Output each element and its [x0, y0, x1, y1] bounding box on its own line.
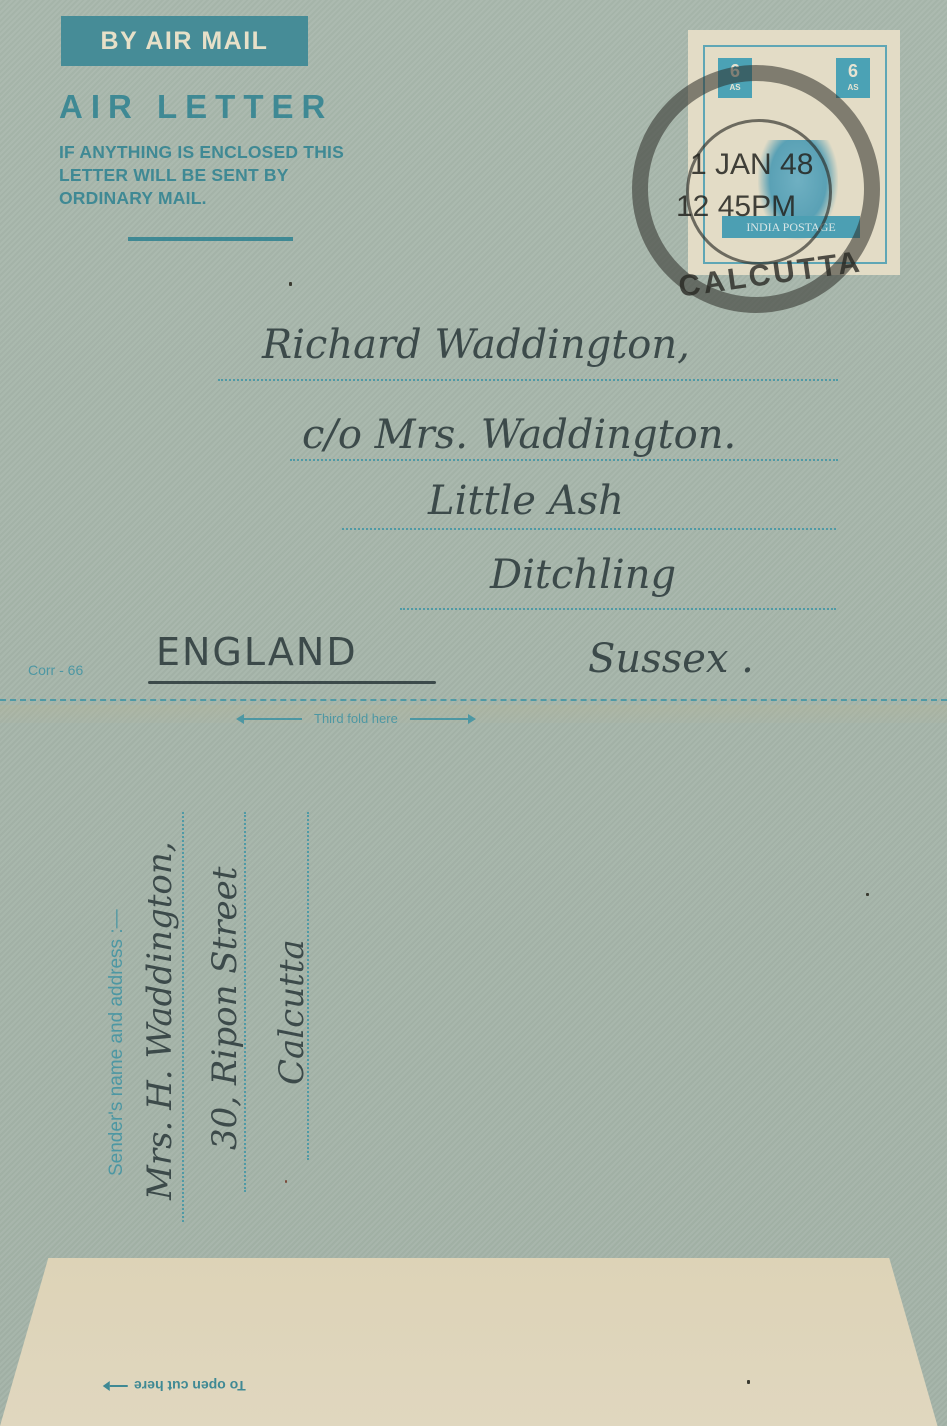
sender-line-name: Mrs. H. Waddington,	[140, 841, 180, 1200]
arrow-right-icon	[410, 718, 468, 720]
country-underline	[148, 681, 436, 684]
address-guide-line	[400, 608, 836, 610]
open-cut-instruction: To open cut here	[110, 1378, 246, 1394]
address-country: ENGLAND	[156, 630, 358, 674]
sender-guide-line	[307, 812, 309, 1160]
stamp-value-right: 6 AS	[836, 58, 870, 98]
postmark-time: 12 45PM	[676, 190, 796, 224]
third-fold-instruction: Third fold here	[244, 711, 468, 726]
sender-line-street: 30, Ripon Street	[205, 867, 245, 1150]
air-letter-title: AIR LETTER	[59, 88, 333, 126]
address-line-county: Sussex .	[588, 636, 754, 682]
address-guide-line	[342, 528, 836, 530]
stamp-value-right-number: 6	[848, 61, 858, 81]
form-code: Corr - 66	[28, 662, 83, 678]
sender-guide-line	[182, 812, 184, 1222]
ink-speck	[747, 1380, 750, 1384]
third-fold-label: Third fold here	[314, 711, 398, 726]
stamp-value-right-unit: AS	[836, 84, 870, 92]
address-guide-line	[218, 379, 838, 381]
address-line-town: Ditchling	[490, 552, 676, 598]
ink-speck	[866, 893, 869, 896]
arrow-left-icon	[244, 718, 302, 720]
open-cut-label: To open cut here	[134, 1378, 246, 1394]
postmark-date: 1 JAN 48	[690, 148, 813, 182]
ink-speck	[289, 282, 292, 286]
fold-line	[0, 699, 947, 701]
notice-divider	[128, 237, 293, 241]
sender-guide-line	[244, 812, 246, 1192]
address-guide-line	[290, 459, 838, 461]
sender-label: Sender's name and address :—	[106, 909, 128, 1176]
address-line-name: Richard Waddington,	[262, 322, 690, 368]
sender-line-city: Calcutta	[272, 939, 312, 1085]
address-line-house: Little Ash	[428, 478, 624, 524]
ink-speck	[285, 1180, 287, 1183]
sealing-flap[interactable]	[0, 1258, 947, 1426]
address-line-care-of: c/o Mrs. Waddington.	[302, 412, 736, 458]
by-air-mail-label: BY AIR MAIL	[61, 16, 308, 66]
enclosure-notice: IF ANYTHING IS ENCLOSED THIS LETTER WILL…	[59, 141, 379, 210]
arrow-icon	[110, 1385, 128, 1387]
